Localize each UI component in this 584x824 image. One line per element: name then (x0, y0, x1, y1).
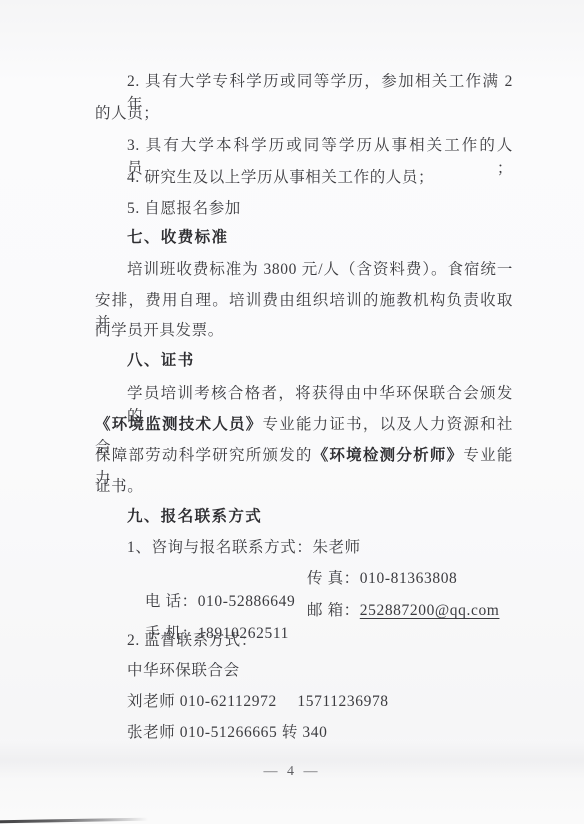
contact-supervisor-liu: 刘老师 010-62112972 15711236978 (95, 690, 513, 713)
certificate-name-analyst: 《环境检测分析师》 (313, 447, 464, 464)
fax-number: 010-81363808 (360, 570, 458, 587)
certificate-paragraph-line-4: 证书。 (95, 475, 513, 498)
section-heading-fees: 七、收费标准 (95, 226, 513, 249)
contact-supervisor-zhang: 张老师 010-51266665 转 340 (95, 721, 513, 744)
email-label: 邮 箱： (307, 602, 360, 619)
scan-edge-artifact (0, 818, 148, 824)
email-address: 252887200@qq.com (360, 602, 500, 619)
eligibility-item-2-line-2: 的人员； (95, 102, 513, 125)
fax-label: 传 真： (307, 570, 360, 587)
fees-paragraph-line-1: 培训班收费标准为 3800 元/人（含资料费）。食宿统一 (95, 258, 513, 281)
section-heading-contact: 九、报名联系方式 (95, 505, 513, 528)
fees-paragraph-line-3: 向学员开具发票。 (95, 319, 513, 342)
section-heading-certificate: 八、证书 (95, 349, 513, 372)
certificate-line-3-pre: 保障部劳动科学研究所颁发的 (95, 447, 313, 464)
eligibility-item-4: 4. 研究生及以上学历从事相关工作的人员； (95, 166, 513, 189)
page-number: — 4 — (0, 764, 584, 780)
contact-consult-line: 1、咨询与报名联系方式：朱老师 (95, 536, 513, 559)
contact-supervision-heading: 2. 监督联系方式： (95, 629, 513, 652)
contact-org-name: 中华环保联合会 (95, 659, 513, 682)
certificate-name-monitoring: 《环境监测技术人员》 (95, 416, 262, 433)
eligibility-item-5: 5. 自愿报名参加 (95, 197, 513, 220)
scanned-document-page: 2. 具有大学专科学历或同等学历，参加相关工作满 2 年 的人员； 3. 具有大… (0, 0, 584, 824)
